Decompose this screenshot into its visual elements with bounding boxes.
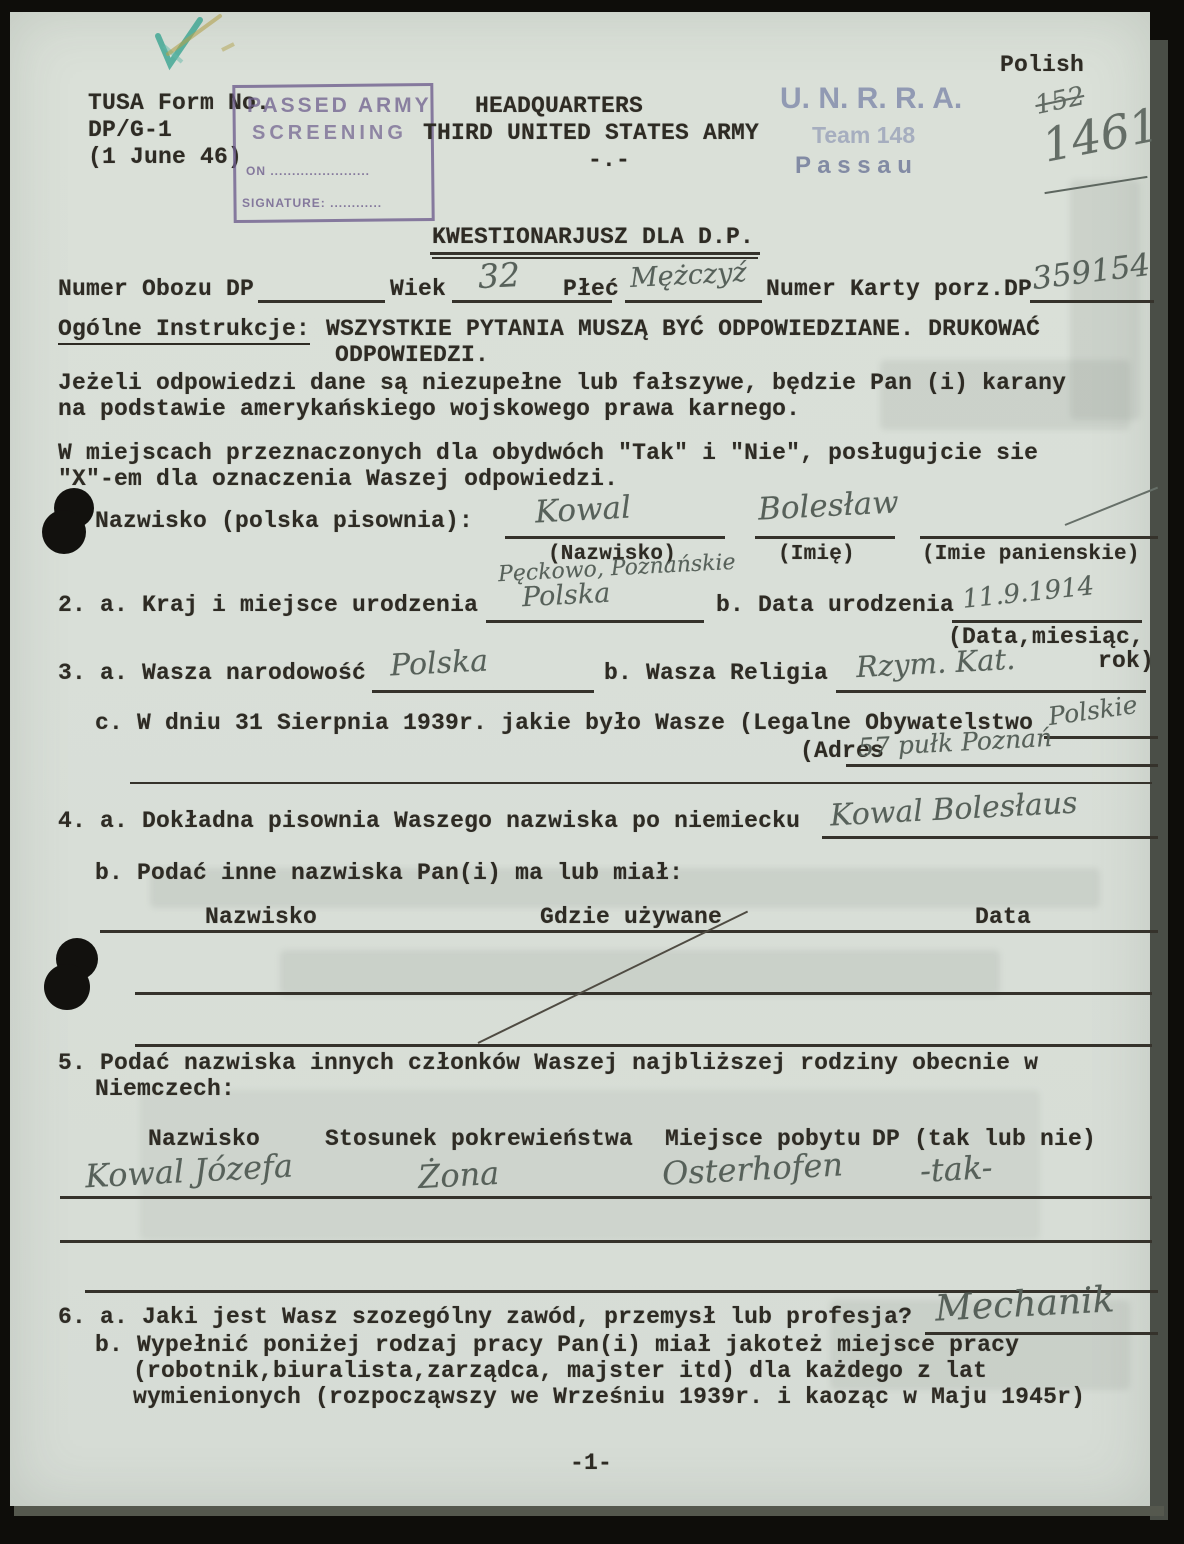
q1-label: Nazwisko (polska pisownia): [95, 508, 473, 534]
screening-stamp-line2: SCREENING [252, 122, 407, 145]
screening-stamp-on-line: ON ....................... [246, 164, 370, 178]
bleed-through [280, 950, 1000, 995]
card-number-line [1030, 300, 1154, 303]
q2b-line [952, 620, 1142, 623]
q1-surname-value: Kowal [534, 490, 632, 531]
page-title: KWESTIONARJUSZ DLA D.P. [432, 224, 754, 250]
q3a-value: Polska [389, 643, 489, 683]
q2a-value: Polska [521, 578, 611, 614]
camp-number-line [258, 300, 385, 303]
unrra-stamp-line1: U. N. R. R. A. [780, 82, 962, 116]
q2-hint2: rok) [1098, 648, 1154, 674]
form-number-line3: (1 June 46) [88, 144, 242, 170]
instructions-para1a: Jeżeli odpowiedzi dane są niezupełne lub… [58, 370, 1066, 396]
age-value: 32 [477, 255, 521, 296]
q6b-line2: (robotnik,biuralista,zarządca, majster i… [133, 1358, 987, 1384]
form-number-line2: DP/G-1 [88, 117, 172, 143]
q1-surname-line [505, 536, 725, 539]
q4-row1-line [135, 992, 1152, 995]
q5-label-line1: 5. Podać nazwiska innych członków Waszej… [58, 1050, 1038, 1076]
hq-line3: -.- [588, 147, 630, 173]
q3-bottom-line [130, 782, 1152, 784]
sex-line [625, 300, 762, 303]
q5-label-line2: Niemczech: [95, 1076, 235, 1102]
q1-sub-given: (Imię) [778, 542, 855, 568]
q5-row-dp: -tak- [919, 1148, 993, 1190]
sex-label: Płeć [563, 276, 619, 302]
camp-number-label: Numer Obozu DP [58, 276, 254, 302]
q1-given-line [755, 536, 895, 539]
q3-adres-line [846, 764, 1158, 767]
q1-maiden-line [920, 536, 1158, 539]
unrra-stamp-line3: P a s s a u [795, 152, 912, 180]
screening-stamp-line1: PASSED ARMY [247, 94, 432, 118]
q4-header-data: Data [975, 904, 1031, 930]
instructions-para2b: "X"-em dla oznaczenia Waszej odpowiedzi. [58, 466, 618, 492]
q4-row2-line [135, 1044, 1152, 1047]
sex-value: Mężczyź [629, 257, 747, 294]
language-label: Polish [1000, 52, 1084, 78]
instructions-para1b: na podstawie amerykańskiego wojskowego p… [58, 396, 800, 422]
q3b-line [836, 690, 1146, 693]
instructions-line1: WSZYSTKIE PYTANIA MUSZĄ BYĆ ODPOWIEDZIAN… [326, 316, 1040, 342]
screening-stamp-signature-line: SIGNATURE: ............ [242, 196, 382, 210]
q6b-line3: wymienionych (rozpocząwszy we Wrześniu 1… [133, 1384, 1085, 1410]
q6b-line1: b. Wypełnić poniżej rodzaj pracy Pan(i) … [95, 1332, 1019, 1358]
q5-row-relation: Żona [417, 1154, 500, 1196]
q3a-label: 3. a. Wasza narodowość [58, 660, 366, 686]
q4-header-nazwisko: Nazwisko [205, 904, 317, 930]
q4-header-gdzie: Gdzie używane [540, 904, 722, 930]
q4a-line [822, 836, 1158, 839]
q3a-line [372, 690, 594, 693]
hq-line2: THIRD UNITED STATES ARMY [423, 120, 759, 146]
q1-given-name-value: Bolesław [757, 484, 899, 527]
q5-row1-line [60, 1196, 1152, 1199]
q2a-label: 2. a. Kraj i miejsce urodzenia [58, 592, 478, 618]
q4a-label: 4. a. Dokładna pisownia Waszego nazwiska… [58, 808, 800, 834]
q4-header-line [100, 930, 1158, 933]
instructions-line2: ODPOWIEDZI. [335, 342, 489, 368]
check-mark [130, 2, 240, 77]
title-underline [430, 252, 760, 255]
q4b-label: b. Podać inne nazwiska Pan(i) ma lub mia… [95, 860, 683, 886]
card-number-label: Numer Karty porz.DP [766, 276, 1032, 302]
q5-row2-line [60, 1240, 1152, 1243]
underlying-page-edge [1150, 40, 1168, 1520]
unrra-stamp-line2: Team 148 [812, 122, 915, 149]
q2a-line [486, 620, 704, 623]
age-label: Wiek [390, 276, 446, 302]
q5-header-stosunek: Stosunek pokrewieństwa [325, 1126, 633, 1152]
page-number: -1- [570, 1450, 612, 1476]
q1-sub-maiden: (Imie panienskie) [922, 542, 1140, 568]
q2b-label: b. Data urodzenia [716, 592, 954, 618]
q6a-label: 6. a. Jaki jest Wasz szozególny zawód, p… [58, 1304, 912, 1330]
instructions-para2a: W miejscach przeznaczonych dla obydwóch … [58, 440, 1038, 466]
q3b-label: b. Wasza Religia [604, 660, 828, 686]
instructions-heading: Ogólne Instrukcje: [58, 316, 310, 345]
q3c-line [1044, 736, 1158, 739]
hq-line1: HEADQUARTERS [475, 93, 643, 119]
underlying-page-edge-bottom [14, 1506, 1164, 1516]
